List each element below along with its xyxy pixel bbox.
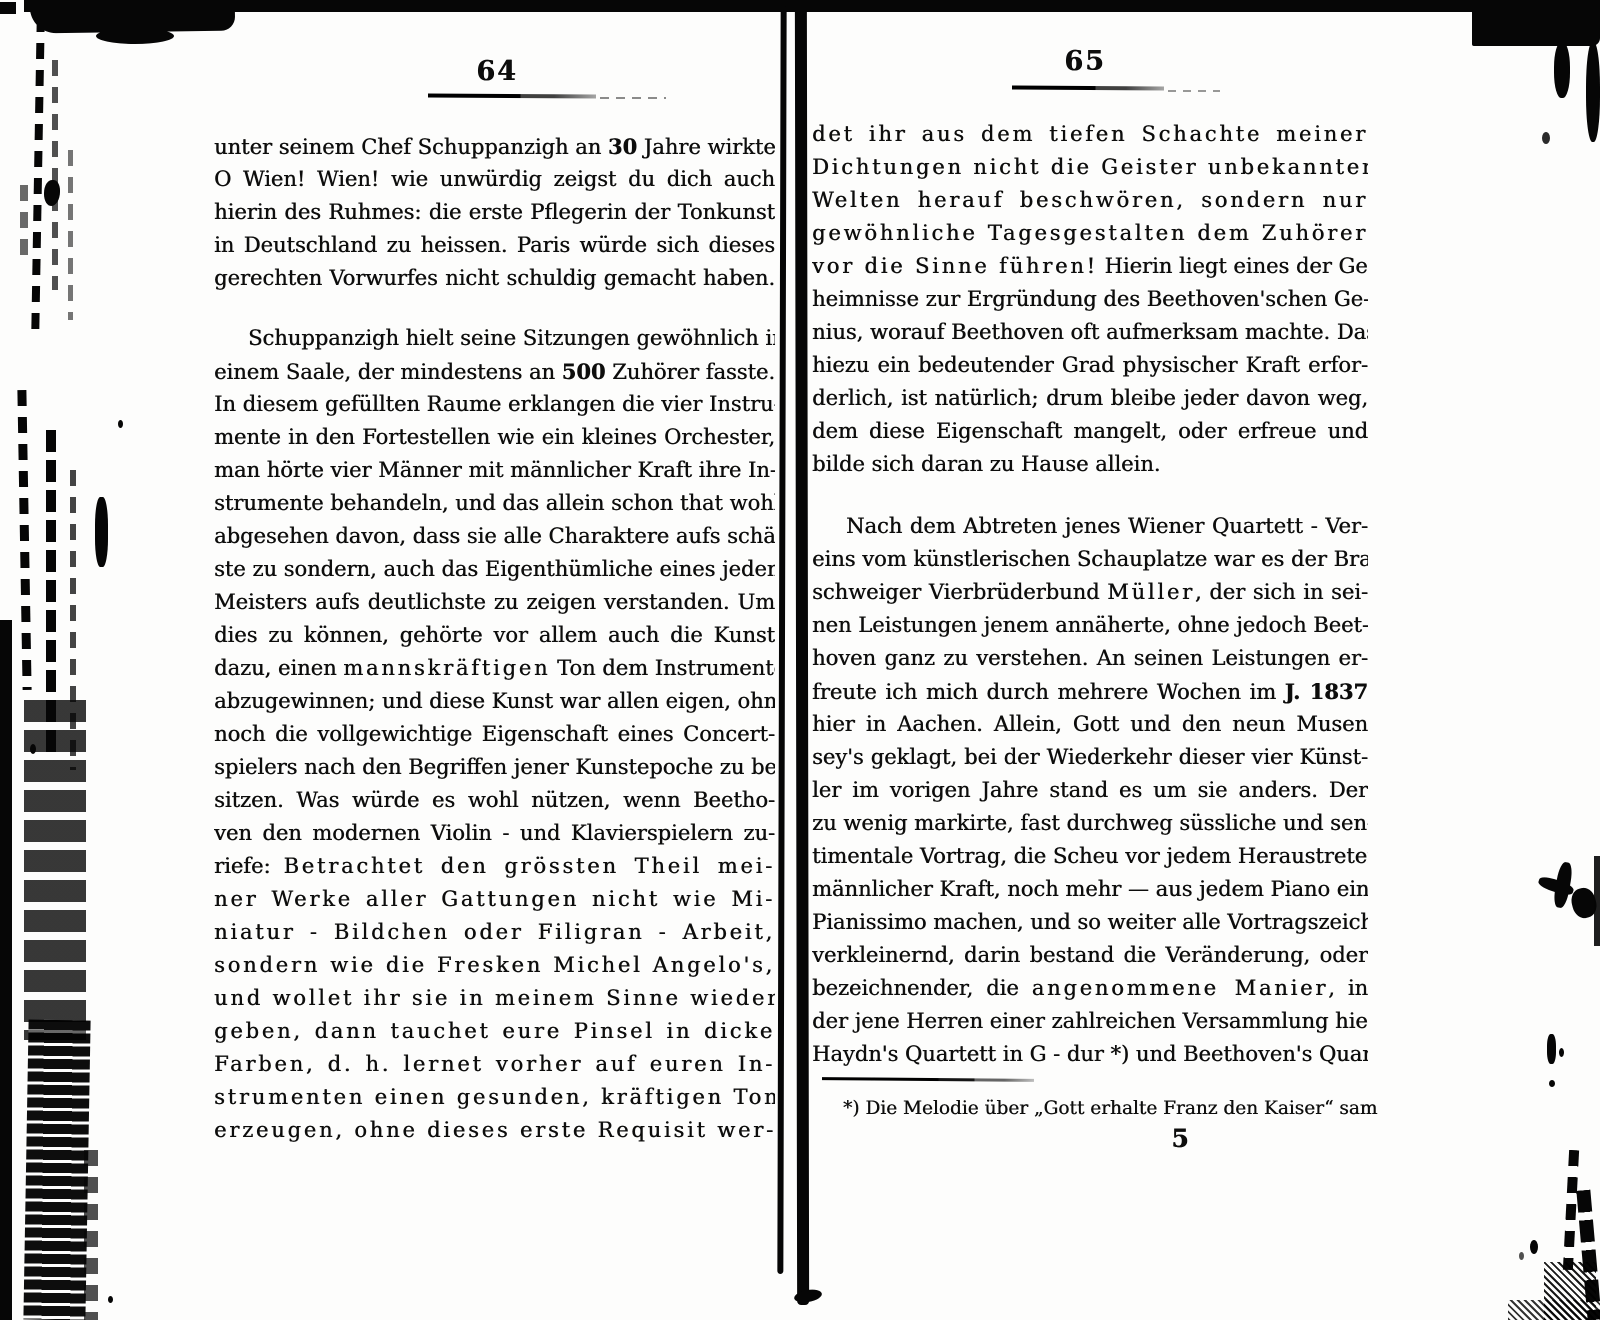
text-line: bilde sich daran zu Hause allein. bbox=[812, 448, 1368, 481]
text-line: hierin des Ruhmes: die erste Pflegerin d… bbox=[214, 196, 775, 229]
text-block-left: unter seinem Chef Schuppanzigh an 30 Jah… bbox=[214, 130, 775, 1147]
text-line: hier in Aachen. Allein, Gott und den neu… bbox=[812, 708, 1368, 741]
body-text: Pianissimo machen, und so weiter alle Vo… bbox=[812, 910, 1368, 934]
text-line: männlicher Kraft, noch mehr — aus jedem … bbox=[812, 873, 1368, 906]
text-line: mente in den Fortestellen wie ein kleine… bbox=[214, 421, 775, 454]
text-line: Schuppanzigh hielt seine Sitzungen gewöh… bbox=[214, 322, 775, 355]
page-number-left: 64 bbox=[432, 56, 562, 87]
scan-smudge bbox=[1542, 132, 1550, 144]
body-text: freute ich mich durch mehrere Wochen im bbox=[812, 680, 1285, 704]
text-line: O Wien! Wien! wie unwürdig zeigst du dic… bbox=[214, 163, 775, 196]
gutter-shadow-right bbox=[795, 0, 809, 1305]
text-line: gerechten Vorwurfes nicht schuldig gemac… bbox=[214, 262, 775, 295]
text-block-right: det ihr aus dem tiefen Schachte meinerDi… bbox=[812, 118, 1368, 1071]
body-text: Haydn's Quartett in G - dur *) und Beeth… bbox=[812, 1042, 1368, 1066]
text-line: ven den modernen Violin - und Klavierspi… bbox=[214, 817, 775, 850]
body-text: noch die vollgewichtige Eigenschaft eine… bbox=[214, 722, 775, 746]
text-line: Pianissimo machen, und so weiter alle Vo… bbox=[812, 906, 1368, 939]
text-line: riefe: Betrachtet den grössten Theil mei… bbox=[214, 850, 775, 883]
text-line: abzugewinnen; und diese Kunst war allen … bbox=[214, 685, 775, 718]
text-line: dazu, einen mannskräftigen Ton dem Instr… bbox=[214, 652, 775, 685]
emphasized-text: angenommene Manier bbox=[1032, 976, 1328, 1000]
body-text: derlich, ist natürlich; drum bleibe jede… bbox=[812, 386, 1368, 410]
body-text: eins vom künstlerischen Schauplatze war … bbox=[812, 547, 1368, 571]
scan-smudge bbox=[0, 2, 16, 14]
body-text: Nach dem Abtreten jenes Wiener Quartett … bbox=[846, 514, 1368, 538]
page-number-rule-right-tail bbox=[1168, 90, 1220, 92]
emphasized-text: gewöhnliche Tagesgestalten dem Zuhörer bbox=[812, 221, 1368, 245]
page-number-rule-right bbox=[1012, 85, 1164, 90]
emphasized-text: det ihr aus dem tiefen Schachte meiner bbox=[812, 122, 1368, 146]
emphasized-text: Müller bbox=[1107, 580, 1195, 604]
emphasized-text: Betrachtet den grössten Theil mei- bbox=[283, 854, 775, 878]
scan-smudge bbox=[1508, 1300, 1600, 1320]
body-text: nen Leistungen jenem annäherte, ohne jed… bbox=[812, 613, 1368, 637]
text-line: hiezu ein bedeutender Grad physischer Kr… bbox=[812, 349, 1368, 382]
body-text: mente in den Fortestellen wie ein kleine… bbox=[214, 425, 775, 449]
paragraph-gap bbox=[214, 295, 775, 322]
scan-streak bbox=[20, 185, 28, 255]
emphasized-text: vor die Sinne führen! bbox=[812, 254, 1098, 278]
text-line: zu wenig markirte, fast durchweg süsslic… bbox=[812, 807, 1368, 840]
body-text: unter seinem Chef Schuppanzigh an bbox=[214, 135, 608, 159]
text-line: ler im vorigen Jahre stand es um sie and… bbox=[812, 774, 1368, 807]
body-text: man hörte vier Männer mit männlicher Kra… bbox=[214, 458, 775, 482]
scan-streak bbox=[1563, 1150, 1579, 1270]
text-line: man hörte vier Männer mit männlicher Kra… bbox=[214, 454, 775, 487]
text-line: ner Werke aller Gattungen nicht wie Mi- bbox=[214, 883, 775, 916]
scan-dot bbox=[118, 420, 123, 428]
text-line: bezeichnender, die angenommene Manier, i… bbox=[812, 972, 1368, 1005]
body-text: männlicher Kraft, noch mehr — aus jedem … bbox=[812, 877, 1368, 901]
body-text: , in bbox=[1328, 976, 1368, 1000]
body-text: hier in Aachen. Allein, Gott und den neu… bbox=[812, 712, 1368, 736]
text-line: gewöhnliche Tagesgestalten dem Zuhörer bbox=[812, 217, 1368, 250]
scan-dot bbox=[30, 744, 36, 754]
emphasized-text: Farben, d. h. lernet vorher auf euren In… bbox=[214, 1052, 775, 1076]
scan-artifact-top-edge bbox=[24, 0, 1600, 12]
page-number-right: 65 bbox=[1020, 46, 1150, 77]
page-number-rule-left bbox=[428, 94, 596, 99]
text-line: hoven ganz zu verstehen. An seinen Leist… bbox=[812, 642, 1368, 675]
text-line: verkleinernd, darin bestand die Veränder… bbox=[812, 939, 1368, 972]
footnote-text: *) Die Melodie über „Gott erhalte Franz … bbox=[843, 1096, 1378, 1122]
text-line: noch die vollgewichtige Eigenschaft eine… bbox=[214, 718, 775, 751]
body-text: dem diese Eigenschaft mangelt, oder erfr… bbox=[812, 419, 1368, 443]
scan-smudge bbox=[96, 28, 174, 44]
body-text: hierin des Ruhmes: die erste Pflegerin d… bbox=[214, 200, 775, 224]
bold-text: J. 1837 bbox=[1285, 679, 1368, 704]
body-text: sey's geklagt, bei der Wiederkehr dieser… bbox=[812, 745, 1368, 769]
body-text: abgesehen davon, dass sie alle Charakter… bbox=[214, 524, 775, 548]
body-text: Hierin liegt eines der Ge- bbox=[1098, 254, 1368, 278]
body-text: Schuppanzigh hielt seine Sitzungen gewöh… bbox=[248, 326, 775, 350]
text-line: freute ich mich durch mehrere Wochen im … bbox=[812, 675, 1368, 708]
scan-streak bbox=[17, 390, 31, 690]
text-line: erzeugen, ohne dieses erste Requisit wer… bbox=[214, 1114, 775, 1147]
body-text: heimnisse zur Ergründung des Beethoven's… bbox=[812, 287, 1368, 311]
body-text: ven den modernen Violin - und Klavierspi… bbox=[214, 821, 775, 845]
body-text: ste zu sondern, auch das Eigenthümliche … bbox=[214, 557, 775, 581]
text-line: Nach dem Abtreten jenes Wiener Quartett … bbox=[812, 510, 1368, 543]
body-text: sitzen. Was würde es wohl nützen, wenn B… bbox=[214, 788, 775, 812]
text-line: strumente behandeln, und das allein scho… bbox=[214, 487, 775, 520]
text-line: Meisters aufs deutlichste zu zeigen vers… bbox=[214, 586, 775, 619]
scan-dot bbox=[1559, 1048, 1564, 1057]
text-line: sitzen. Was würde es wohl nützen, wenn B… bbox=[214, 784, 775, 817]
emphasized-text: ner Werke aller Gattungen nicht wie Mi- bbox=[214, 887, 775, 911]
emphasized-text: und wollet ihr sie in meinem Sinne wiede… bbox=[214, 986, 775, 1010]
body-text: Meisters aufs deutlichste zu zeigen vers… bbox=[214, 590, 775, 614]
emphasized-text: geben, dann tauchet eure Pinsel in dicke bbox=[214, 1019, 775, 1043]
body-text: der jene Herren einer zahlreichen Versam… bbox=[812, 1009, 1368, 1033]
body-text: , der sich in sei- bbox=[1195, 580, 1368, 604]
text-line: niatur - Bildchen oder Filigran - Arbeit… bbox=[214, 916, 775, 949]
emphasized-text: Welten herauf beschwören, sondern nur bbox=[812, 188, 1368, 212]
scan-smudge bbox=[95, 497, 108, 567]
text-line: ste zu sondern, auch das Eigenthümliche … bbox=[214, 553, 775, 586]
text-line: abgesehen davon, dass sie alle Charakter… bbox=[214, 520, 775, 553]
emphasized-text: niatur - Bildchen oder Filigran - Arbeit… bbox=[214, 920, 775, 944]
body-text: spielers nach den Begriffen jener Kunste… bbox=[214, 755, 775, 779]
body-text: Zuhörer fasste. bbox=[605, 360, 775, 384]
scan-dot bbox=[1519, 1252, 1524, 1260]
body-text: ler im vorigen Jahre stand es um sie and… bbox=[812, 778, 1368, 802]
body-text: bilde sich daran zu Hause allein. bbox=[812, 452, 1160, 476]
body-text: abzugewinnen; und diese Kunst war allen … bbox=[214, 689, 775, 713]
body-text: gerechten Vorwurfes nicht schuldig gemac… bbox=[214, 266, 775, 290]
text-line: sey's geklagt, bei der Wiederkehr dieser… bbox=[812, 741, 1368, 774]
scan-dot bbox=[108, 1296, 113, 1303]
body-text: bezeichnender, die bbox=[812, 976, 1032, 1000]
body-text: dazu, einen bbox=[214, 656, 343, 680]
text-line: eins vom künstlerischen Schauplatze war … bbox=[812, 543, 1368, 576]
text-line: heimnisse zur Ergründung des Beethoven's… bbox=[812, 283, 1368, 316]
emphasized-text: erzeugen, ohne dieses erste Requisit wer… bbox=[214, 1118, 775, 1142]
text-line: Haydn's Quartett in G - dur *) und Beeth… bbox=[812, 1038, 1368, 1071]
scan-streak bbox=[84, 1150, 98, 1320]
text-line: in Deutschland zu heissen. Paris würde s… bbox=[214, 229, 775, 262]
body-text: strumente behandeln, und das allein scho… bbox=[214, 491, 775, 515]
body-text: hoven ganz zu verstehen. An seinen Leist… bbox=[812, 646, 1368, 670]
body-text: timentale Vortrag, die Scheu vor jedem H… bbox=[812, 844, 1368, 868]
emphasized-text: mannskräftigen bbox=[343, 656, 550, 680]
bold-text: 30 bbox=[608, 134, 637, 159]
text-line: nen Leistungen jenem annäherte, ohne jed… bbox=[812, 609, 1368, 642]
scan-smudge bbox=[1472, 0, 1600, 46]
body-text: riefe: bbox=[214, 854, 283, 878]
text-line: einem Saale, der mindestens an 500 Zuhör… bbox=[214, 355, 775, 388]
gutter-shadow-left bbox=[777, 6, 786, 1274]
text-line: und wollet ihr sie in meinem Sinne wiede… bbox=[214, 982, 775, 1015]
text-line: Farben, d. h. lernet vorher auf euren In… bbox=[214, 1048, 775, 1081]
body-text: in Deutschland zu heissen. Paris würde s… bbox=[214, 233, 775, 257]
emphasized-text: strumenten einen gesunden, kräftigen Ton bbox=[214, 1085, 775, 1109]
scan-streak bbox=[68, 150, 73, 320]
text-line: dies zu können, gehörte vor allem auch d… bbox=[214, 619, 775, 652]
body-text: O Wien! Wien! wie unwürdig zeigst du dic… bbox=[214, 167, 775, 191]
body-text: dies zu können, gehörte vor allem auch d… bbox=[214, 623, 775, 647]
body-text: verkleinernd, darin bestand die Veränder… bbox=[812, 943, 1368, 967]
body-text: zu wenig markirte, fast durchweg süsslic… bbox=[812, 811, 1368, 835]
scan-streak bbox=[31, 16, 45, 336]
text-line: derlich, ist natürlich; drum bleibe jede… bbox=[812, 382, 1368, 415]
scan-streak bbox=[1594, 856, 1600, 946]
scan-smudge bbox=[1586, 42, 1600, 142]
book-scan-spread: { "left_page": { "page_number": "64", "p… bbox=[0, 0, 1600, 1320]
footnote-rule bbox=[822, 1077, 1034, 1082]
bold-text: 500 bbox=[562, 359, 606, 384]
scan-smudge bbox=[1554, 42, 1570, 98]
text-line: geben, dann tauchet eure Pinsel in dicke bbox=[214, 1015, 775, 1048]
text-line: spielers nach den Begriffen jener Kunste… bbox=[214, 751, 775, 784]
emphasized-text: sondern wie die Fresken Michel Angelo's, bbox=[214, 953, 775, 977]
body-text: In diesem gefüllten Raume erklangen die … bbox=[214, 392, 775, 416]
text-line: Dichtungen nicht die Geister unbekannter bbox=[812, 151, 1368, 184]
body-text: einem Saale, der mindestens an bbox=[214, 360, 562, 384]
body-text: Ton dem Instrumente bbox=[550, 656, 775, 680]
signature-mark: 5 bbox=[1158, 1124, 1202, 1153]
scan-dot bbox=[1549, 1080, 1555, 1087]
scan-streak bbox=[52, 60, 58, 290]
text-line: dem diese Eigenschaft mangelt, oder erfr… bbox=[812, 415, 1368, 448]
scan-dot bbox=[1530, 1240, 1538, 1254]
text-line: Welten herauf beschwören, sondern nur bbox=[812, 184, 1368, 217]
text-line: der jene Herren einer zahlreichen Versam… bbox=[812, 1005, 1368, 1038]
text-line: schweiger Vierbrüderbund Müller, der sic… bbox=[812, 576, 1368, 609]
text-line: det ihr aus dem tiefen Schachte meiner bbox=[812, 118, 1368, 151]
text-line: sondern wie die Fresken Michel Angelo's, bbox=[214, 949, 775, 982]
text-line: strumenten einen gesunden, kräftigen Ton bbox=[214, 1081, 775, 1114]
body-text: hiezu ein bedeutender Grad physischer Kr… bbox=[812, 353, 1368, 377]
text-line: timentale Vortrag, die Scheu vor jedem H… bbox=[812, 840, 1368, 873]
body-text: nius, worauf Beethoven oft aufmerksam ma… bbox=[812, 320, 1368, 344]
text-line: unter seinem Chef Schuppanzigh an 30 Jah… bbox=[214, 130, 775, 163]
scan-streak bbox=[0, 620, 12, 1320]
text-line: vor die Sinne führen! Hierin liegt eines… bbox=[812, 250, 1368, 283]
paragraph-gap bbox=[812, 481, 1368, 510]
text-line: In diesem gefüllten Raume erklangen die … bbox=[214, 388, 775, 421]
body-text: Jahre wirkte!! bbox=[637, 135, 775, 159]
page-number-rule-left-tail bbox=[600, 97, 666, 99]
text-line: nius, worauf Beethoven oft aufmerksam ma… bbox=[812, 316, 1368, 349]
scan-smudge bbox=[1547, 1034, 1556, 1064]
emphasized-text: Dichtungen nicht die Geister unbekannter bbox=[812, 155, 1368, 179]
scan-streak bbox=[23, 1019, 90, 1320]
body-text: schweiger Vierbrüderbund bbox=[812, 580, 1107, 604]
